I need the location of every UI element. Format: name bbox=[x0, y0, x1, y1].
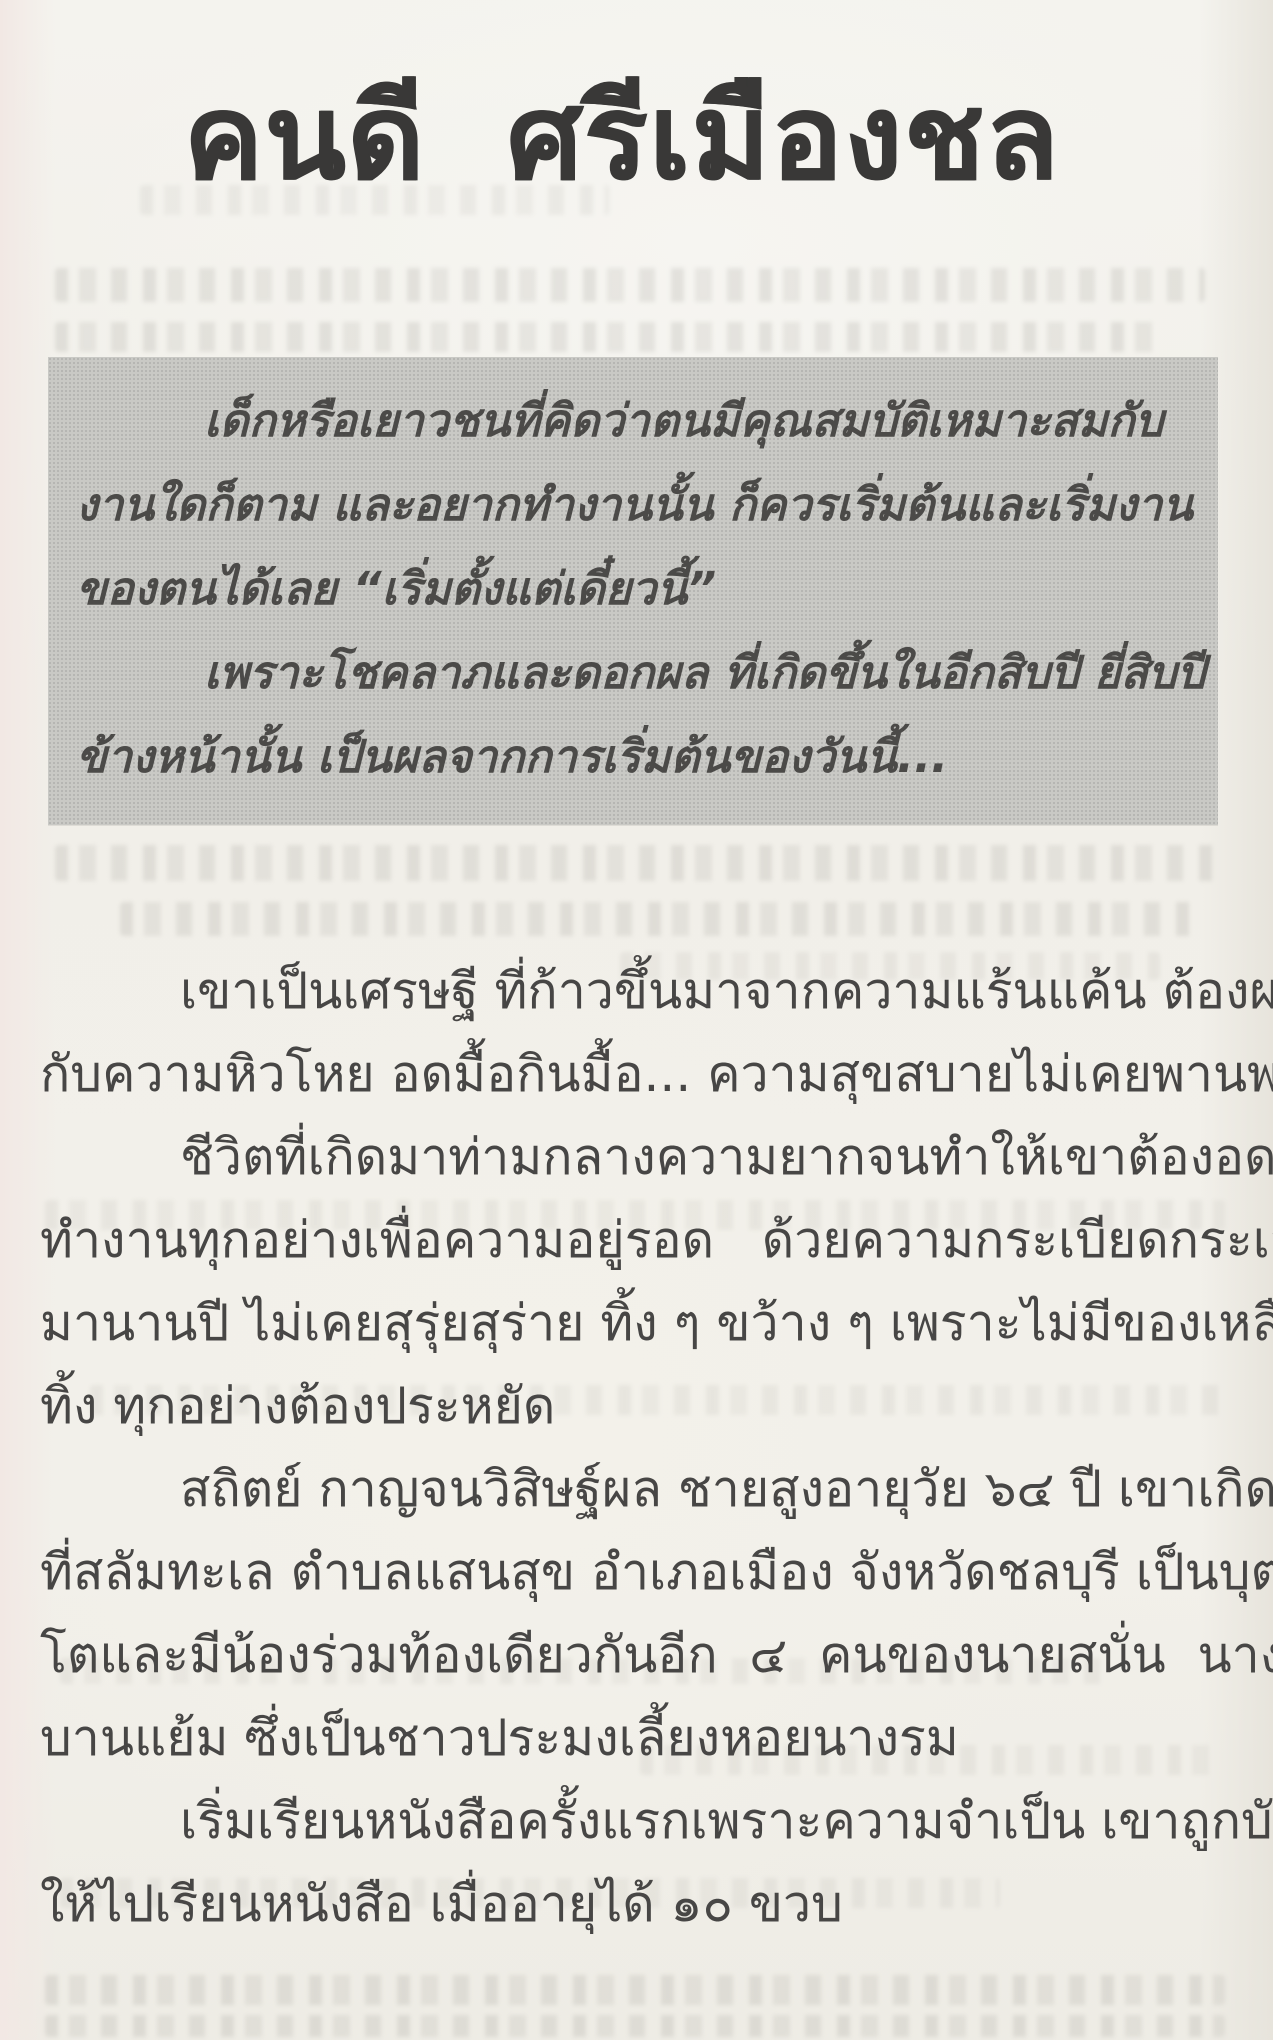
body-line: ทำงานทุกอย่างเพื่อความอยู่รอด ด้วยความกร… bbox=[40, 1199, 1250, 1282]
bleedthrough-text bbox=[45, 2015, 1225, 2037]
body-line: ทิ้ง ทุกอย่างต้องประหยัด bbox=[40, 1365, 1250, 1448]
quote-line: ของตนได้เลย “เริ่มตั้งแต่เดี๋ยวนี้” bbox=[76, 547, 1188, 631]
body-line: โตและมีน้องร่วมท้องเดียวกันอีก ๔ คนของนา… bbox=[40, 1614, 1250, 1697]
bleedthrough-text bbox=[55, 322, 1155, 352]
body-line: ชีวิตที่เกิดมาท่ามกลางความยากจนทำให้เขาต… bbox=[40, 1116, 1250, 1199]
body-line: ที่สลัมทะเล ตำบลแสนสุข อำเภอเมือง จังหวั… bbox=[40, 1531, 1250, 1614]
body-line: เริ่มเรียนหนังสือครั้งแรกเพราะความจำเป็น… bbox=[40, 1780, 1250, 1863]
body-line: สถิตย์ กาญจนวิสิษฐ์ผล ชายสูงอายุวัย ๖๔ ป… bbox=[40, 1448, 1250, 1531]
bleedthrough-text bbox=[55, 268, 1205, 302]
body-line: กับความหิวโหย อดมื้อกินมื้อ... ความสุขสบ… bbox=[40, 1033, 1250, 1116]
bleedthrough-text bbox=[45, 1975, 1225, 2005]
quote-line: เพราะโชคลาภและดอกผล ที่เกิดขึ้นในอีกสิบป… bbox=[76, 631, 1188, 715]
body-line: มานานปี ไม่เคยสุรุ่ยสุร่าย ทิ้ง ๆ ขว้าง … bbox=[40, 1282, 1250, 1365]
body-line: เขาเป็นเศรษฐี ที่ก้าวขึ้นมาจากความแร้นแค… bbox=[40, 950, 1250, 1033]
bleedthrough-text bbox=[55, 845, 1215, 881]
page-scan: คนดี ศรีเมืองชล เด็กหรือเยาวชนที่คิดว่าต… bbox=[0, 0, 1273, 2040]
quote-line: ข้างหน้านั้น เป็นผลจากการเริ่มต้นของวันน… bbox=[76, 715, 1188, 799]
page-title: คนดี ศรีเมืองชล bbox=[0, 52, 1243, 223]
bleedthrough-text bbox=[120, 902, 1200, 936]
body-text: เขาเป็นเศรษฐี ที่ก้าวขึ้นมาจากความแร้นแค… bbox=[40, 950, 1250, 1946]
body-line: บานแย้ม ซึ่งเป็นชาวประมงเลี้ยงหอยนางรม bbox=[40, 1697, 1250, 1780]
body-line: ให้ไปเรียนหนังสือ เมื่ออายุได้ ๑๐ ขวบ bbox=[40, 1863, 1250, 1946]
quote-line: เด็กหรือเยาวชนที่คิดว่าตนมีคุณสมบัติเหมา… bbox=[76, 379, 1188, 463]
quote-box: เด็กหรือเยาวชนที่คิดว่าตนมีคุณสมบัติเหมา… bbox=[48, 357, 1218, 825]
quote-line: งานใดก็ตาม และอยากทำงานนั้น ก็ควรเริ่มต้… bbox=[76, 463, 1188, 547]
